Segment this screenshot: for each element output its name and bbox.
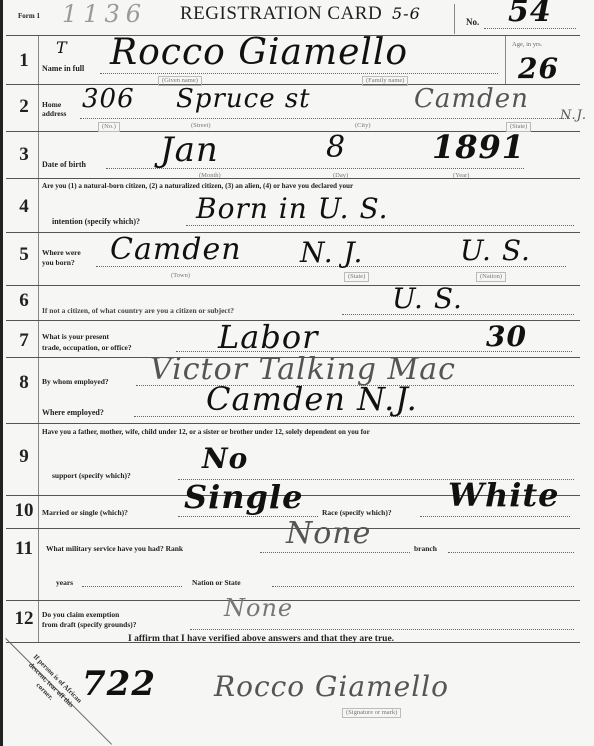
where-employed-value: Camden N.J.: [206, 380, 418, 418]
caption-town: (Town): [168, 272, 193, 280]
corner-notice: If person is of African descent, tear of…: [13, 648, 89, 724]
registration-card: Form 1 1136 REGISTRATION CARD 5-6 No. 54…: [0, 0, 594, 746]
name-label: Name in full: [42, 64, 84, 73]
marital-label: Married or single (which)?: [42, 508, 128, 517]
birth-state: N. J.: [300, 236, 363, 269]
card-edge: [0, 0, 3, 746]
occupation-label-line1: What is your present: [42, 332, 109, 341]
row-number: 7: [14, 330, 34, 352]
occupation-label-line2: trade, occupation, or office?: [42, 343, 132, 352]
occupation-value: Labor: [218, 318, 318, 356]
address-number: 306: [82, 84, 135, 114]
row-number: 11: [14, 538, 34, 560]
caption-no: (No.): [98, 122, 120, 132]
row-number: 6: [14, 290, 34, 312]
citizenship-question: Are you (1) a natural-born citizen, (2) …: [42, 182, 353, 191]
caption-month: (Month): [196, 172, 224, 180]
signature: Rocco Giamello: [214, 670, 449, 703]
dob-day: 8: [326, 130, 346, 165]
row-number: 10: [14, 500, 34, 522]
caption-nation: (Nation): [476, 272, 506, 282]
citizenship-value: Born in U. S.: [196, 192, 389, 225]
row-number: 2: [14, 96, 34, 118]
caption-street: (Street): [188, 122, 214, 130]
dob-year: 1891: [432, 128, 525, 166]
dependents-value: No: [202, 442, 248, 475]
race-value: White: [448, 476, 560, 514]
form-label: Form 1: [18, 12, 40, 21]
registrar-number: 722: [82, 664, 156, 704]
home-label-line2: address: [42, 109, 66, 118]
dob-label: Date of birth: [42, 160, 86, 169]
marital-value: Single: [184, 478, 303, 516]
number-label: No.: [466, 18, 479, 27]
age-label: Age, in yrs.: [512, 40, 542, 49]
name-value: Rocco Giamello: [110, 32, 408, 73]
military-label: What military service have you had? Rank: [46, 544, 183, 553]
dob-month: Jan: [160, 130, 219, 170]
address-street: Spruce st: [176, 84, 311, 114]
title-annotation: 5-6: [392, 4, 421, 23]
address-city: Camden: [414, 84, 529, 114]
years-label: years: [56, 578, 73, 587]
card-title: REGISTRATION CARD: [180, 3, 382, 25]
exemption-label-line1: Do you claim exemption: [42, 610, 119, 619]
citizenship-label: intention (specify which)?: [52, 217, 140, 226]
affirmation-text: I affirm that I have verified above answ…: [128, 634, 394, 644]
where-employed-label: Where employed?: [42, 408, 104, 417]
card-number: 54: [508, 0, 552, 29]
foreign-citizen-value: U. S.: [392, 282, 463, 315]
row-number: 9: [14, 446, 34, 468]
address-state: N.J.: [560, 108, 587, 123]
home-label-line1: Home: [42, 100, 61, 109]
birthplace-label-line2: you born?: [42, 258, 75, 267]
serial-pencil: 1136: [62, 0, 147, 28]
caption-year: (Year): [450, 172, 472, 180]
birth-town: Camden: [110, 232, 242, 267]
caption-birth-state: (State): [344, 272, 369, 282]
caption-city: (City): [352, 122, 374, 130]
dependents-question: Have you a father, mother, wife, child u…: [42, 428, 370, 437]
signature-caption: (Signature or mark): [342, 708, 401, 718]
family-name-caption: (Family name): [362, 76, 408, 86]
employer-label: By whom employed?: [42, 377, 109, 386]
branch-label: branch: [414, 544, 437, 553]
row-number: 12: [14, 608, 34, 630]
nation-or-state-label: Nation or State: [192, 578, 241, 587]
exemption-value: None: [224, 594, 293, 622]
dependents-label: support (specify which)?: [52, 471, 131, 480]
age-value: 26: [518, 52, 559, 85]
birth-nation: U. S.: [460, 234, 531, 267]
name-prefix-mark: T: [56, 38, 68, 57]
military-rank-value: None: [286, 516, 371, 551]
row-number: 8: [14, 372, 34, 394]
occupation-extra: 30: [486, 320, 527, 353]
row-number: 5: [14, 244, 34, 266]
row-number: 3: [14, 144, 34, 166]
exemption-label-line2: from draft (specify grounds)?: [42, 620, 137, 629]
foreign-citizen-label: If not a citizen, of what country are yo…: [42, 306, 234, 315]
birthplace-label-line1: Where were: [42, 248, 81, 257]
row-number: 1: [14, 50, 34, 72]
caption-day: (Day): [330, 172, 351, 180]
row-number: 4: [14, 196, 34, 218]
